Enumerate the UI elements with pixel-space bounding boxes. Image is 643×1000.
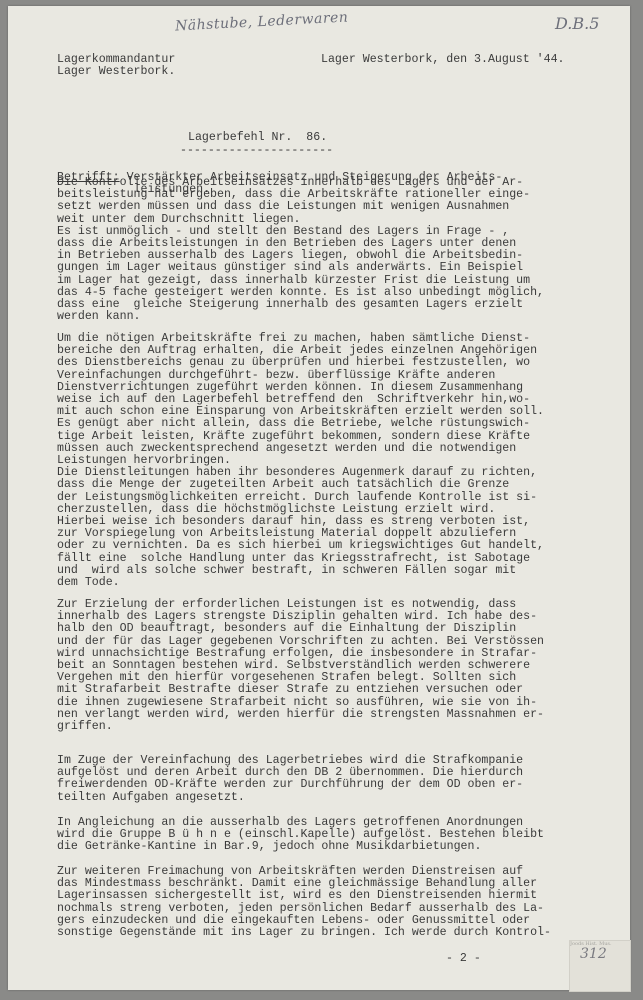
page-number: - 2 -: [446, 953, 481, 965]
archive-stamp-number: 312: [580, 951, 607, 957]
paragraph-6: Zur weiteren Freimachung von Arbeitskräf…: [57, 866, 551, 939]
handwritten-reference: D.B.5: [555, 14, 599, 33]
paragraph-3: Zur Erzielung der erforderlichen Leistun…: [57, 599, 544, 733]
sender-line-1: Lagerkommandantur: [57, 53, 175, 66]
paragraph-4: Im Zuge der Vereinfachung des Lagerbetri…: [57, 755, 523, 804]
document-title: Lagerbefehl Nr. 86.: [188, 132, 327, 144]
paragraph-5: In Angleichung an die ausserhalb des Lag…: [57, 817, 544, 854]
title-underline: ----------------------: [180, 145, 333, 157]
sender-line-2: Lager Westerbork.: [57, 65, 175, 78]
place-date: Lager Westerbork, den 3.August '44.: [321, 54, 565, 66]
sender-block: Lagerkommandantur Lager Westerbork.: [57, 54, 175, 79]
paragraph-2: Um die nötigen Arbeitskräfte frei zu mac…: [57, 333, 544, 589]
paragraph-1: Die Kontrolle des Arbeitseinsatzes inner…: [57, 177, 544, 323]
archive-stamp: Joods Hist. Mus. 312: [569, 940, 631, 992]
